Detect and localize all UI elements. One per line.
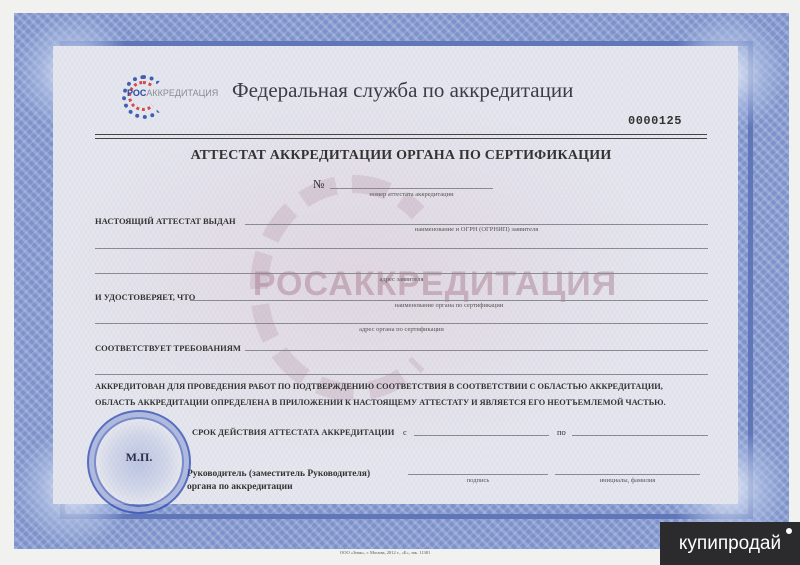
name-caption: инициалы, фамилия xyxy=(555,477,700,484)
logo-ros: РОС xyxy=(127,88,146,98)
requirements-line[interactable] xyxy=(245,350,708,351)
issued-to-line[interactable] xyxy=(245,224,708,225)
applicant-address-caption: адрес заявителя xyxy=(95,276,708,283)
requirements-line-2[interactable] xyxy=(95,374,708,375)
validity-label: СРОК ДЕЙСТВИЯ АТТЕСТАТА АККРЕДИТАЦИИ xyxy=(192,427,394,437)
official-seal: М.П. xyxy=(87,410,191,514)
document-title: АТТЕСТАТ АККРЕДИТАЦИИ ОРГАНА ПО СЕРТИФИК… xyxy=(95,148,707,164)
name-line[interactable] xyxy=(555,474,700,475)
body-name-line[interactable] xyxy=(190,300,708,301)
accreditation-statement-line-2: ОБЛАСТЬ АККРЕДИТАЦИИ ОПРЕДЕЛЕНА В ПРИЛОЖ… xyxy=(95,395,710,411)
validity-from-line[interactable] xyxy=(414,435,549,436)
body-name-caption: наименование органа по сертификации xyxy=(190,302,708,309)
requirements-label: СООТВЕТСТВУЕТ ТРЕБОВАНИЯМ xyxy=(95,343,241,353)
signatory-label-line-1: Руководитель (заместитель Руководителя) xyxy=(187,468,370,481)
validity-to-line[interactable] xyxy=(572,435,708,436)
watermark-badge: купипродай xyxy=(660,522,800,565)
validity-from-label: с xyxy=(403,427,407,437)
applicant-address-line[interactable] xyxy=(95,273,708,274)
watermark-text: РОСАККРЕДИТАЦИЯ xyxy=(210,265,660,304)
validity-to-label: по xyxy=(557,427,566,437)
number-field-caption: номер аттестата аккредитации xyxy=(330,191,493,198)
title-rule-bottom xyxy=(95,138,707,139)
signature-caption: подпись xyxy=(408,477,548,484)
badge-dot-icon xyxy=(786,528,792,534)
title-rule-top xyxy=(95,134,707,135)
certifies-label: И УДОСТОВЕРЯЕТ, ЧТО xyxy=(95,292,195,302)
seal-place-label: М.П. xyxy=(89,450,189,465)
signatory-label: Руководитель (заместитель Руководителя) … xyxy=(187,468,370,494)
blank-serial-number: 0000125 xyxy=(628,114,682,128)
logo-wordmark: РОСАККРЕДИТАЦИЯ xyxy=(127,88,218,98)
signature-line[interactable] xyxy=(408,474,548,475)
signatory-label-line-2: органа по аккредитации xyxy=(187,481,370,494)
body-address-caption: адрес органа по сертификации xyxy=(95,326,708,333)
issued-to-label: НАСТОЯЩИЙ АТТЕСТАТ ВЫДАН xyxy=(95,216,236,226)
number-field-line[interactable] xyxy=(330,188,493,189)
issued-to-line-2[interactable] xyxy=(95,248,708,249)
printer-note: ООО «Знак», г. Москва, 2012 г., «Б», зак… xyxy=(340,550,430,555)
agency-name: Федеральная служба по аккредитации xyxy=(232,78,573,103)
accreditation-statement-line-1: АККРЕДИТОВАН ДЛЯ ПРОВЕДЕНИЯ РАБОТ ПО ПОД… xyxy=(95,379,710,395)
logo-akk: АККРЕДИТАЦИЯ xyxy=(146,88,218,98)
body-address-line[interactable] xyxy=(95,323,708,324)
issued-to-caption: наименование и ОГРН (ОГРНИП) заявителя xyxy=(245,226,708,233)
rosaccreditation-logo: РОСАККРЕДИТАЦИЯ xyxy=(118,73,228,118)
badge-label: купипродай xyxy=(679,533,781,555)
number-symbol: № xyxy=(313,177,324,192)
